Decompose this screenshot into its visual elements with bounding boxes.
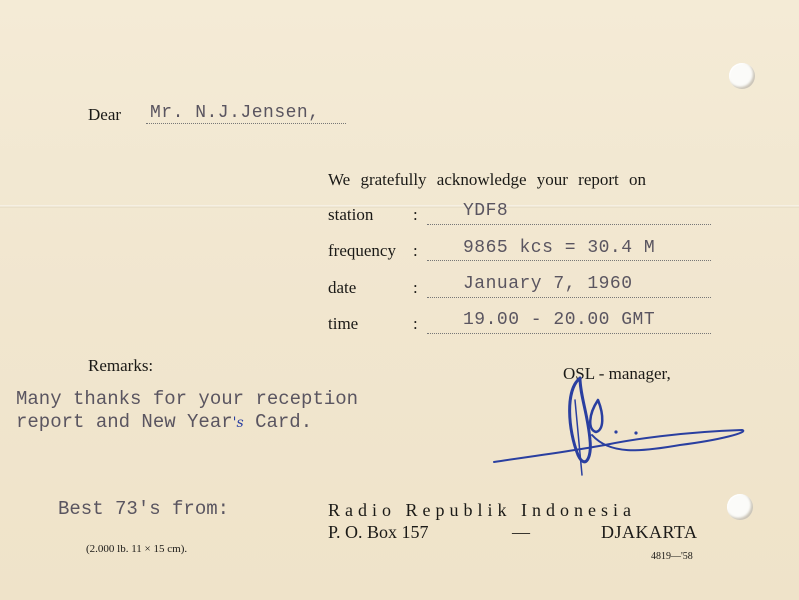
remarks-line-2b: Card. xyxy=(244,411,312,433)
date-value: January 7, 1960 xyxy=(463,274,633,294)
frequency-value: 9865 kcs = 30.4 M xyxy=(463,238,655,258)
qsl-card: Dear Mr. N.J.Jensen, We gratefully ackno… xyxy=(0,0,799,600)
greeting: Dear xyxy=(88,105,121,125)
station-name: Radio Republik Indonesia xyxy=(328,500,636,521)
po-box: P. O. Box 157 xyxy=(328,522,429,543)
station-colon: : xyxy=(413,205,418,225)
address-dash: — xyxy=(512,522,530,543)
handwritten-insertion: 's xyxy=(233,415,244,431)
time-colon: : xyxy=(413,314,418,334)
station-value: YDF8 xyxy=(463,201,508,221)
date-colon: : xyxy=(413,278,418,298)
city: DJAKARTA xyxy=(601,522,697,543)
remarks-label: Remarks: xyxy=(88,356,153,376)
print-code: 4819—'58 xyxy=(651,551,693,562)
punch-hole-bottom xyxy=(727,494,753,520)
frequency-colon: : xyxy=(413,241,418,261)
frequency-label: frequency xyxy=(328,241,396,261)
recipient-name: Mr. N.J.Jensen, xyxy=(150,103,320,123)
time-label: time xyxy=(328,314,358,334)
print-spec: (2.000 lb. 11 × 15 cm). xyxy=(86,543,187,555)
closing-greeting: Best 73's from: xyxy=(58,498,229,520)
station-label: station xyxy=(328,205,373,225)
remarks-line-2a: report and New Year xyxy=(16,411,233,433)
punch-hole-top xyxy=(729,63,755,89)
date-label: date xyxy=(328,278,356,298)
remarks-line-1: Many thanks for your reception xyxy=(16,388,358,410)
remarks-text: Many thanks for your reception report an… xyxy=(16,388,358,435)
time-value: 19.00 - 20.00 GMT xyxy=(463,310,655,330)
signature-icon xyxy=(480,360,760,480)
acknowledgement-text: We gratefully acknowledge your report on xyxy=(328,170,646,190)
